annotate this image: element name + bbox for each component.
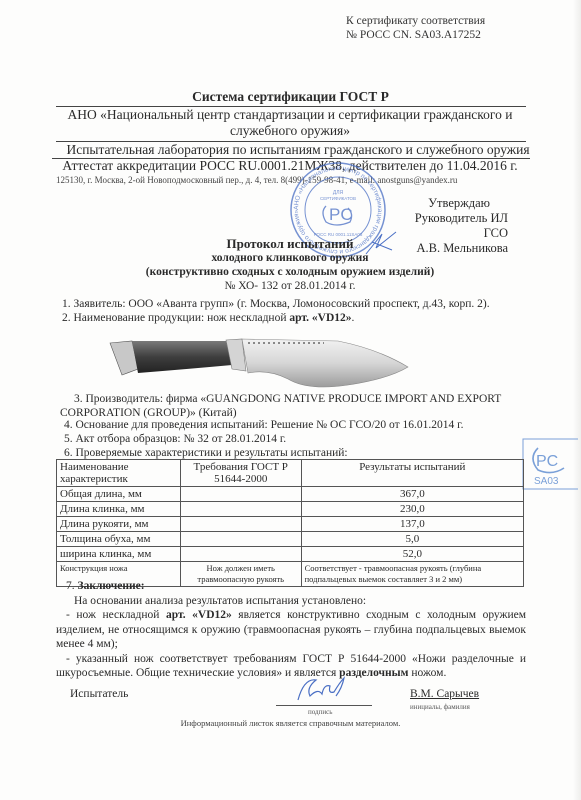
protocol-heading: Протокол испытаний холодного клинкового …: [100, 237, 480, 293]
org-line2: служебного оружия»: [40, 123, 540, 139]
table-row: Длина клинка, мм 230,0: [57, 502, 524, 517]
row-characteristic: Общая длина, мм: [57, 487, 181, 502]
info-items-2: 4. Основание для проведения испытаний: Р…: [64, 418, 463, 460]
tester-name: В.М. Сарычев: [410, 688, 479, 700]
cert-ref-line1: К сертификату соответствия: [346, 14, 485, 28]
table-row: Толщина обуха, мм 5,0: [57, 532, 524, 547]
p1-article: арт. «VD12»: [166, 609, 232, 621]
conclusion-point2: - указанный нож соответствует требования…: [56, 652, 526, 681]
signature-line: [276, 705, 372, 706]
info-items: 1. Заявитель: ООО «Аванта групп» (г. Мос…: [62, 297, 490, 325]
signature-label: подпись: [308, 708, 332, 716]
results-table: Наименование характеристик Требования ГО…: [56, 459, 524, 587]
row-requirement: [180, 532, 301, 547]
footnote: Информационный листок является справочны…: [0, 718, 581, 728]
p1-prefix: - нож нескладной: [66, 609, 166, 621]
protocol-subtitle1: холодного клинкового оружия: [100, 251, 480, 265]
table-header-row: Наименование характеристик Требования ГО…: [57, 460, 524, 487]
p2-prefix: - указанный нож соответствует требования…: [56, 653, 526, 680]
product-label: 2. Наименование продукции: нож нескладно…: [62, 312, 289, 324]
item-sample-act: 5. Акт отбора образцов: № 32 от 28.01.20…: [64, 432, 463, 446]
cert-ref-number: № РОСС CN. SA03.A17252: [346, 28, 485, 42]
stamp-inner-mid: СЕРТИФИКАТОВ: [320, 196, 356, 201]
approval-title: Утверждаю: [388, 196, 490, 211]
protocol-title: Протокол испытаний: [100, 237, 480, 251]
row-result: 230,0: [301, 502, 523, 517]
row-result: 5,0: [301, 532, 523, 547]
protocol-number: № ХО- 132 от 28.01.2014 г.: [100, 279, 480, 293]
item-applicant: 1. Заявитель: ООО «Аванта групп» (г. Мос…: [62, 297, 490, 311]
conclusion-number: 7.: [66, 580, 78, 592]
item-checked: 6. Проверяемые характеристики и результа…: [64, 446, 463, 460]
header-requirements: Требования ГОСТ Р 51644-2000: [180, 460, 301, 487]
table-row: Длина рукояти, мм 137,0: [57, 517, 524, 532]
item-manufacturer: 3. Производитель: фирма «GUANGDONG NATIV…: [60, 392, 530, 420]
table-row: Общая длина, мм 367,0: [57, 487, 524, 502]
row-characteristic: ширина клинка, мм: [57, 547, 181, 562]
item-product: 2. Наименование продукции: нож нескладно…: [62, 311, 490, 325]
org-line1: АНО «Национальный центр стандартизации и…: [40, 107, 540, 123]
row-requirement: [180, 517, 301, 532]
product-article: арт. «VD12»: [289, 312, 351, 324]
row-requirement: [180, 502, 301, 517]
page-edge-shadow: [573, 0, 581, 800]
laboratory-name: Испытательная лаборатория по испытаниям …: [48, 142, 548, 158]
row-characteristic: Толщина обуха, мм: [57, 532, 181, 547]
header-characteristic: Наименование характеристик: [57, 460, 181, 487]
tester-role: Испытатель: [70, 688, 128, 700]
row-result: 137,0: [301, 517, 523, 532]
row-requirement: [180, 487, 301, 502]
p2-suffix: ножом.: [408, 667, 446, 679]
conclusion-title: Заключение:: [78, 580, 145, 592]
row-requirement: [180, 547, 301, 562]
row-result: 367,0: [301, 487, 523, 502]
svg-text:PC: PC: [329, 205, 353, 224]
conclusion-intro: На основании анализа результатов испытан…: [56, 594, 526, 609]
tester-name-label: инициалы, фамилия: [410, 703, 470, 711]
conclusion-section: 7. Заключение: На основании анализа резу…: [56, 579, 526, 681]
knife-photo: [108, 335, 418, 395]
side-mark-code: SA03: [534, 476, 559, 487]
protocol-subtitle2: (конструктивно сходных с холодным оружие…: [100, 265, 480, 279]
conclusion-heading: 7. Заключение:: [56, 579, 526, 594]
conclusion-point1: - нож нескладной арт. «VD12» является ко…: [56, 608, 526, 652]
tester-signature-icon: [292, 674, 362, 706]
item-basis: 4. Основание для проведения испытаний: Р…: [64, 418, 463, 432]
row-characteristic: Длина рукояти, мм: [57, 517, 181, 532]
row-characteristic: Длина клинка, мм: [57, 502, 181, 517]
certificate-reference: К сертификату соответствия № РОСС CN. SA…: [346, 14, 485, 42]
header-results: Результаты испытаний: [301, 460, 523, 487]
gost-mark-icon: PC SA03: [522, 438, 578, 490]
svg-text:PC: PC: [536, 453, 558, 470]
organization-name: АНО «Национальный центр стандартизации и…: [40, 107, 540, 139]
row-result: 52,0: [301, 547, 523, 562]
system-title: Система сертификации ГОСТ Р: [0, 89, 581, 105]
table-row: ширина клинка, мм 52,0: [57, 547, 524, 562]
product-suffix: .: [352, 312, 355, 324]
